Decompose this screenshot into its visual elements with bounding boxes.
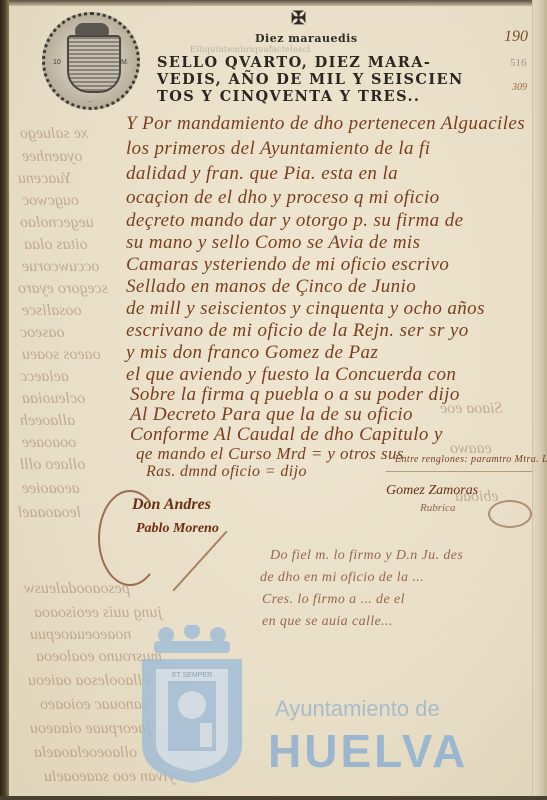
handwritten-line: Conforme Al Caudal de dho Capitulo y [130, 424, 443, 446]
signature: Gomez Zamoras [386, 483, 478, 499]
bleed-through-text: scegoro eyaro [18, 280, 108, 298]
bleed-through-text: oitas olaa [24, 236, 88, 254]
handwritten-line: dalidad y fran. que Pia. esta en la [126, 163, 398, 185]
handwritten-line: Sobre la firma q puebla o a su poder dij… [130, 384, 460, 406]
bleed-through-text: jung uuis eeoisoaoa [34, 604, 162, 622]
faint-handwritten-line: Cres. lo firmo a ... de el [262, 592, 405, 608]
bleed-through-text: ocleuoiaa [22, 390, 85, 408]
seal-crown [75, 23, 109, 35]
bleed-through-text: ellaoolesoa oaieou [28, 672, 149, 690]
bleed-through-text: ollaeo olll [20, 456, 85, 474]
bleed-through-text: oosalisce [22, 302, 82, 320]
bleed-through-text: oyaenhee [22, 148, 82, 166]
watermark-shield-motto: ET SEMPER [172, 672, 212, 679]
watermark-line-2: HUELVA [268, 724, 468, 778]
handwritten-line: el que aviendo y fuesto la Concuerda con [126, 364, 456, 386]
bleed-through-text: allaoeeh [20, 412, 75, 430]
bleed-through-text: xe saluego [20, 125, 88, 143]
bleed-through-text: leoaoaael [18, 504, 81, 522]
handwritten-line: los primeros del Ayuntamiento de la fi [126, 138, 430, 160]
signature: Rubrica [420, 502, 455, 514]
bleed-through-text: jaeorpuae oiaaeou [30, 720, 150, 738]
folio-number-secondary: 516 [510, 57, 527, 69]
handwritten-line: de mill y seiscientos y cinquenta y ocho… [126, 298, 485, 320]
royal-coat-of-arms-seal: 10 M. ... [42, 12, 140, 110]
handwritten-line: Ras. dmnd oficio = dijo [146, 463, 307, 481]
page-top-edge [0, 0, 547, 6]
watermark-line-1: Ayuntamiento de [275, 696, 440, 722]
huelva-coat-of-arms-watermark: ET SEMPER [136, 625, 248, 785]
handwritten-line: deçreto mando dar y otorgo p. su firma d… [126, 210, 463, 232]
bleed-through-text: Yuacenu [18, 170, 72, 188]
folio-number-tertiary: 309 [512, 82, 527, 93]
faint-handwritten-line: Do fiel m. lo firmo y D.n Ju. des [270, 548, 463, 564]
signature-flourish [98, 490, 162, 586]
faint-handwritten-line: de dho en mi oficio de la ... [260, 570, 424, 586]
seal-bottom-mark: ... [87, 97, 93, 104]
bleed-through-text: oaseoc [20, 324, 64, 342]
underline-rule [386, 471, 532, 472]
stamp-header-line: SELLO QVARTO, DIEZ MARA- [157, 54, 431, 71]
manuscript-page: xe saluego oyaenhee Yuacenu ougcwoc uege… [0, 0, 547, 800]
page-right-edge [532, 0, 547, 800]
signature-flourish [488, 500, 532, 528]
handwritten-line: qe mando el Curso Mrd = y otros sus [136, 444, 404, 464]
bleed-through-text: pesoaoodaleusw [24, 580, 130, 598]
bleed-through-text: ooaoaee [22, 434, 76, 452]
bleed-through-text: sanouac eoioaeo [40, 696, 148, 714]
bleed-through-text: occuwcorue [22, 258, 99, 276]
stamp-caption: Diez marauedis [255, 32, 358, 45]
ghost-print-line: Elliquintembriquafacteloscl [190, 45, 310, 54]
bleed-through-text: noaeoeuaoepuu [30, 626, 131, 644]
handwritten-line: Y Por mandamiento de dho pertenecen Algu… [126, 113, 525, 135]
page-binding-edge [0, 0, 9, 800]
bleed-through-text: uegecnolao [20, 214, 94, 232]
handwritten-line: Camaras ysteriendo de mi oficio escrivo [126, 254, 449, 276]
stamp-header-line: TOS Y CINQVENTA Y TRES.. [157, 88, 420, 105]
page-bottom-edge [0, 796, 547, 800]
bleed-through-text: aeoaoiee [22, 480, 80, 498]
seal-shield [67, 35, 121, 93]
handwritten-line: Sellado en manos de Çinco de Junio [126, 276, 416, 298]
handwritten-line: y mis don franco Gomez de Paz [126, 342, 378, 364]
stamp-header-line: VEDIS, AÑO DE MIL Y SEISCIEN [157, 71, 464, 88]
seal-side-mark: M. [121, 59, 129, 66]
folio-number: 190 [504, 28, 528, 46]
faint-handwritten-line: en que se auia calle... [262, 614, 393, 630]
handwritten-line: escrivano de mi oficio de la Rejn. ser s… [126, 320, 469, 342]
handwritten-line: Al Decreto Para que la de su oficio [130, 404, 413, 426]
seal-side-mark: 10 [53, 59, 61, 66]
rubric-stroke [172, 531, 227, 592]
handwritten-line: ocaçion de el dho y proceso q mi oficio [126, 187, 440, 209]
handwritten-line: su mano y sello Como se Avia de mis [126, 232, 420, 254]
cross-icon: ✠ [291, 8, 306, 29]
bleed-through-text: ougcwoc [22, 192, 79, 210]
bleed-through-text: aelaecc [20, 368, 69, 386]
handwritten-note: Entre renglones: paramtro Mtra. Lla. [395, 454, 547, 465]
bleed-through-text: ollaoeoelaoaela [34, 744, 137, 762]
bleed-through-text: oaeos soaeu [22, 346, 101, 364]
